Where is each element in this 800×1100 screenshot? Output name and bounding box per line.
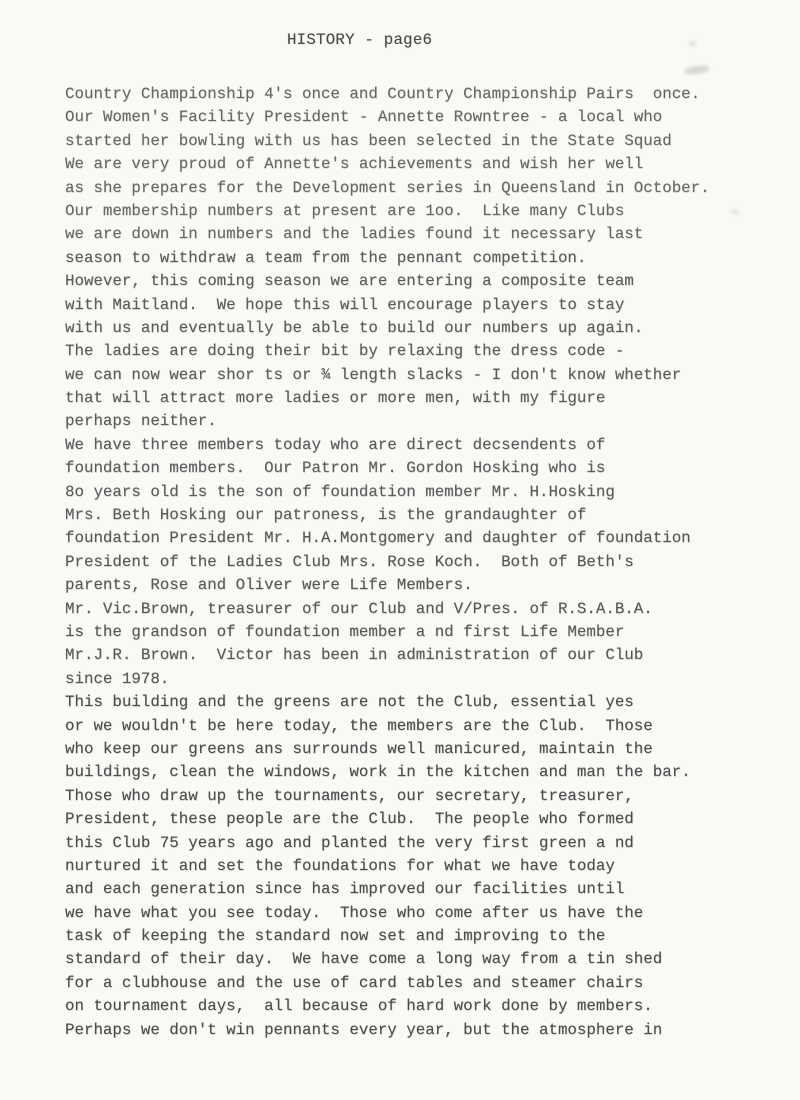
text-line: season to withdraw a team from the penna…: [65, 247, 765, 270]
text-line: Our membership numbers at present are 1o…: [65, 200, 765, 223]
scan-smudge: [684, 64, 711, 76]
text-line: However, this coming season we are enter…: [65, 270, 765, 293]
text-line: parents, Rose and Oliver were Life Membe…: [65, 574, 765, 597]
document-page: HISTORY - page6 Country Championship 4's…: [0, 0, 800, 1100]
text-line: that will attract more ladies or more me…: [65, 387, 765, 410]
text-line: standard of their day. We have come a lo…: [65, 948, 765, 971]
text-line: Mr.J.R. Brown. Victor has been in admini…: [65, 644, 765, 667]
text-line: President of the Ladies Club Mrs. Rose K…: [65, 551, 765, 574]
text-line: Our Women's Facility President - Annette…: [65, 106, 765, 129]
text-line: we are down in numbers and the ladies fo…: [65, 223, 765, 246]
text-line: we have what you see today. Those who co…: [65, 902, 765, 925]
text-line: with Maitland. We hope this will encoura…: [65, 294, 765, 317]
text-line: since 1978.: [65, 668, 765, 691]
text-line: This building and the greens are not the…: [65, 691, 765, 714]
text-line: nurtured it and set the foundations for …: [65, 855, 765, 878]
text-line: We are very proud of Annette's achieveme…: [65, 153, 765, 176]
text-line: or we wouldn't be here today, the member…: [65, 715, 765, 738]
text-line: is the grandson of foundation member a n…: [65, 621, 765, 644]
text-line: Those who draw up the tournaments, our s…: [65, 785, 765, 808]
text-line: Perhaps we don't win pennants every year…: [65, 1019, 765, 1042]
text-line: foundation members. Our Patron Mr. Gordo…: [65, 457, 765, 480]
scan-speck: [689, 41, 696, 46]
text-line: and each generation since has improved o…: [65, 878, 765, 901]
text-line: buildings, clean the windows, work in th…: [65, 761, 765, 784]
text-line: started her bowling with us has been sel…: [65, 130, 765, 153]
text-line: as she prepares for the Development seri…: [65, 177, 765, 200]
text-line: on tournament days, all because of hard …: [65, 995, 765, 1018]
text-line: Mrs. Beth Hosking our patroness, is the …: [65, 504, 765, 527]
text-line: for a clubhouse and the use of card tabl…: [65, 972, 765, 995]
text-line: task of keeping the standard now set and…: [65, 925, 765, 948]
text-line: this Club 75 years ago and planted the v…: [65, 832, 765, 855]
text-line: with us and eventually be able to build …: [65, 317, 765, 340]
text-line: perhaps neither.: [65, 410, 765, 433]
text-line: foundation President Mr. H.A.Montgomery …: [65, 527, 765, 550]
text-line: who keep our greens ans surrounds well m…: [65, 738, 765, 761]
text-line: The ladies are doing their bit by relaxi…: [65, 340, 765, 363]
text-line: 8o years old is the son of foundation me…: [65, 481, 765, 504]
text-line: Country Championship 4's once and Countr…: [65, 83, 765, 106]
document-body: Country Championship 4's once and Countr…: [65, 83, 765, 1042]
text-line: we can now wear shor ts or ¾ length slac…: [65, 364, 765, 387]
page-title: HISTORY - page6: [287, 31, 432, 49]
text-line: Mr. Vic.Brown, treasurer of our Club and…: [65, 598, 765, 621]
text-line: President, these people are the Club. Th…: [65, 808, 765, 831]
text-line: We have three members today who are dire…: [65, 434, 765, 457]
